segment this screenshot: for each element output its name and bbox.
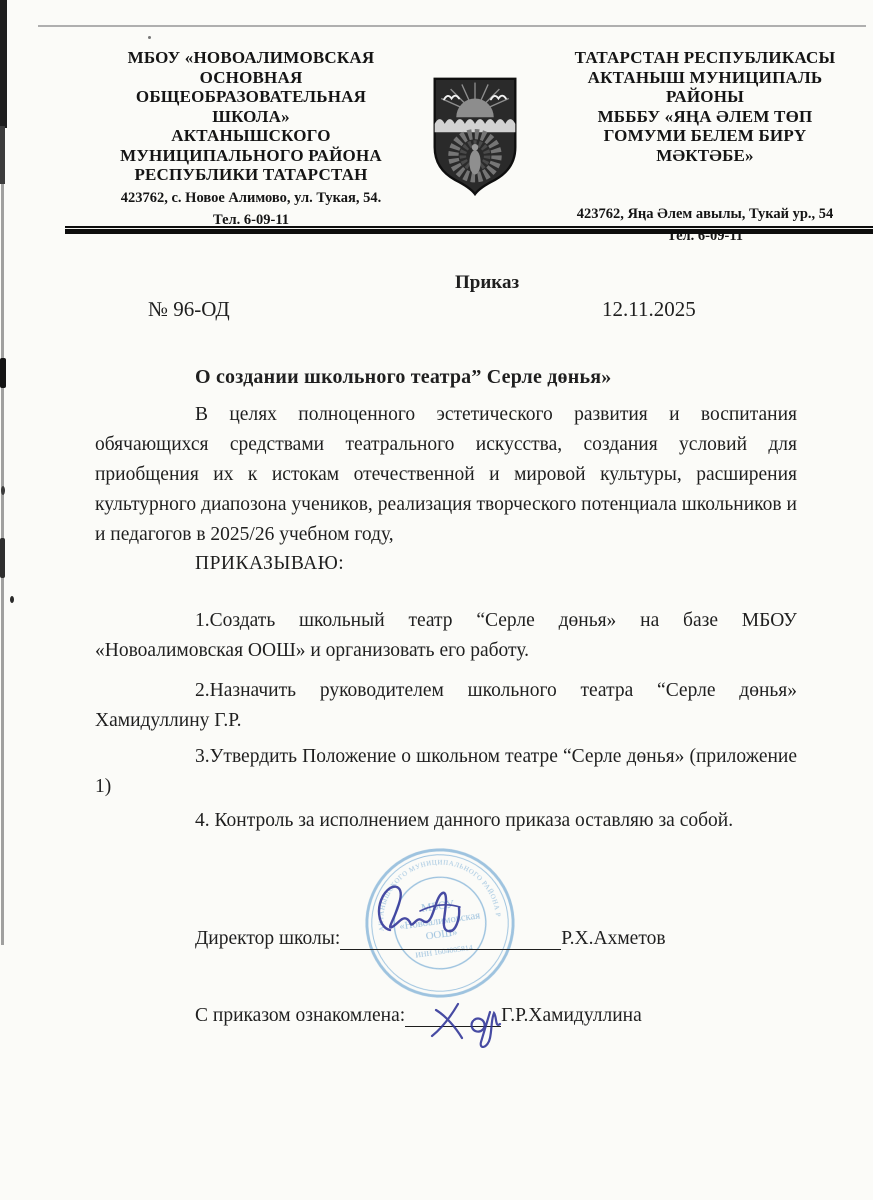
org-name-line: МБОУ «НОВОАЛИМОВСКАЯ <box>85 48 417 68</box>
org-name-line: АКТАНЫШ МУНИЦИПАЛЬ <box>543 68 867 88</box>
order-date: 12.11.2025 <box>602 297 696 322</box>
org-name-line: МУНИЦИПАЛЬНОГО РАЙОНА <box>85 146 417 166</box>
decree-word: ПРИКАЗЫВАЮ: <box>195 553 344 575</box>
org-name-line: МӘКТӘБЕ» <box>543 146 867 166</box>
school-stamp: АКТАНЫШСКОГО МУНИЦИПАЛЬНОГО РАЙОНА РЕСПУ… <box>352 835 528 1011</box>
scan-edge-blotch <box>0 358 6 388</box>
stamp-center-text: МБОУ <box>420 897 455 915</box>
org-address: 423762, Яңа Әлем авылы, Тукай ур., 54 <box>543 205 867 223</box>
order-preamble: В целях полноценного эстетического разви… <box>95 400 797 550</box>
letterhead-tatar: ТАТАРСТАН РЕСПУБЛИКАСЫ АКТАНЫШ МУНИЦИПАЛ… <box>543 48 867 245</box>
coat-of-arms <box>428 76 522 196</box>
org-name-line: ОСНОВНАЯ <box>85 68 417 88</box>
scan-speck <box>1 486 5 495</box>
order-item: 3.Утвердить Положение о школьном театре … <box>95 742 797 802</box>
peacock-fan-icon <box>453 134 496 177</box>
org-name-line: ГОМУМИ БЕЛЕМ БИРҮ <box>543 126 867 146</box>
order-item: 4. Контроль за исполнением данного прика… <box>95 806 797 836</box>
signature-line <box>340 929 561 950</box>
org-name-line: ТАТАРСТАН РЕСПУБЛИКАСЫ <box>543 48 867 68</box>
acknowledgement-label: С приказом ознакомлена: <box>195 1005 405 1026</box>
scan-speck <box>148 36 151 39</box>
spacer <box>543 165 867 201</box>
acknowledged-name: Г.Р.Хамидуллина <box>501 1005 642 1026</box>
org-name-line: РАЙОНЫ <box>543 87 867 107</box>
scan-edge-blotch <box>0 0 7 128</box>
scan-edge-blotch <box>0 126 5 184</box>
order-item: 1.Создать школьный театр “Серле дөнья» н… <box>95 606 797 666</box>
letterhead-russian: МБОУ «НОВОАЛИМОВСКАЯ ОСНОВНАЯ ОБЩЕОБРАЗО… <box>85 48 417 229</box>
org-name-line: РЕСПУБЛИКИ ТАТАРСТАН <box>85 165 417 185</box>
org-name-line: МБББУ «ЯҢА ӘЛЕМ ТӨП <box>543 107 867 127</box>
acknowledgement-row: С приказом ознакомлена:Г.Р.Хамидуллина <box>195 1005 642 1027</box>
doc-type-title: Приказ <box>455 272 519 294</box>
org-name-line: ОБЩЕОБРАЗОВАТЕЛЬНАЯ <box>85 87 417 107</box>
director-name: Р.Х.Ахметов <box>561 928 665 949</box>
scan-edge-blotch <box>0 538 5 578</box>
org-name-line: АКТАНЫШСКОГО <box>85 126 417 146</box>
letterhead-divider <box>65 226 873 234</box>
org-address: 423762, с. Новое Алимово, ул. Тукая, 54. <box>85 189 417 207</box>
scan-speck <box>10 596 14 603</box>
signature-line <box>405 1006 501 1027</box>
top-hairline <box>38 25 866 27</box>
director-signature-row: Директор школы:Р.Х.Ахметов <box>195 928 666 950</box>
director-label: Директор школы: <box>195 928 340 949</box>
scanned-order-page: { "header": { "left": { "lines": [ "МБОУ… <box>0 0 873 1200</box>
order-subject: О создании школьного театра” Серле дөнья… <box>195 366 611 389</box>
org-name-line: ШКОЛА» <box>85 107 417 127</box>
order-number: № 96-ОД <box>148 297 230 322</box>
order-item: 2.Назначить руководителем школьного теат… <box>95 676 797 736</box>
